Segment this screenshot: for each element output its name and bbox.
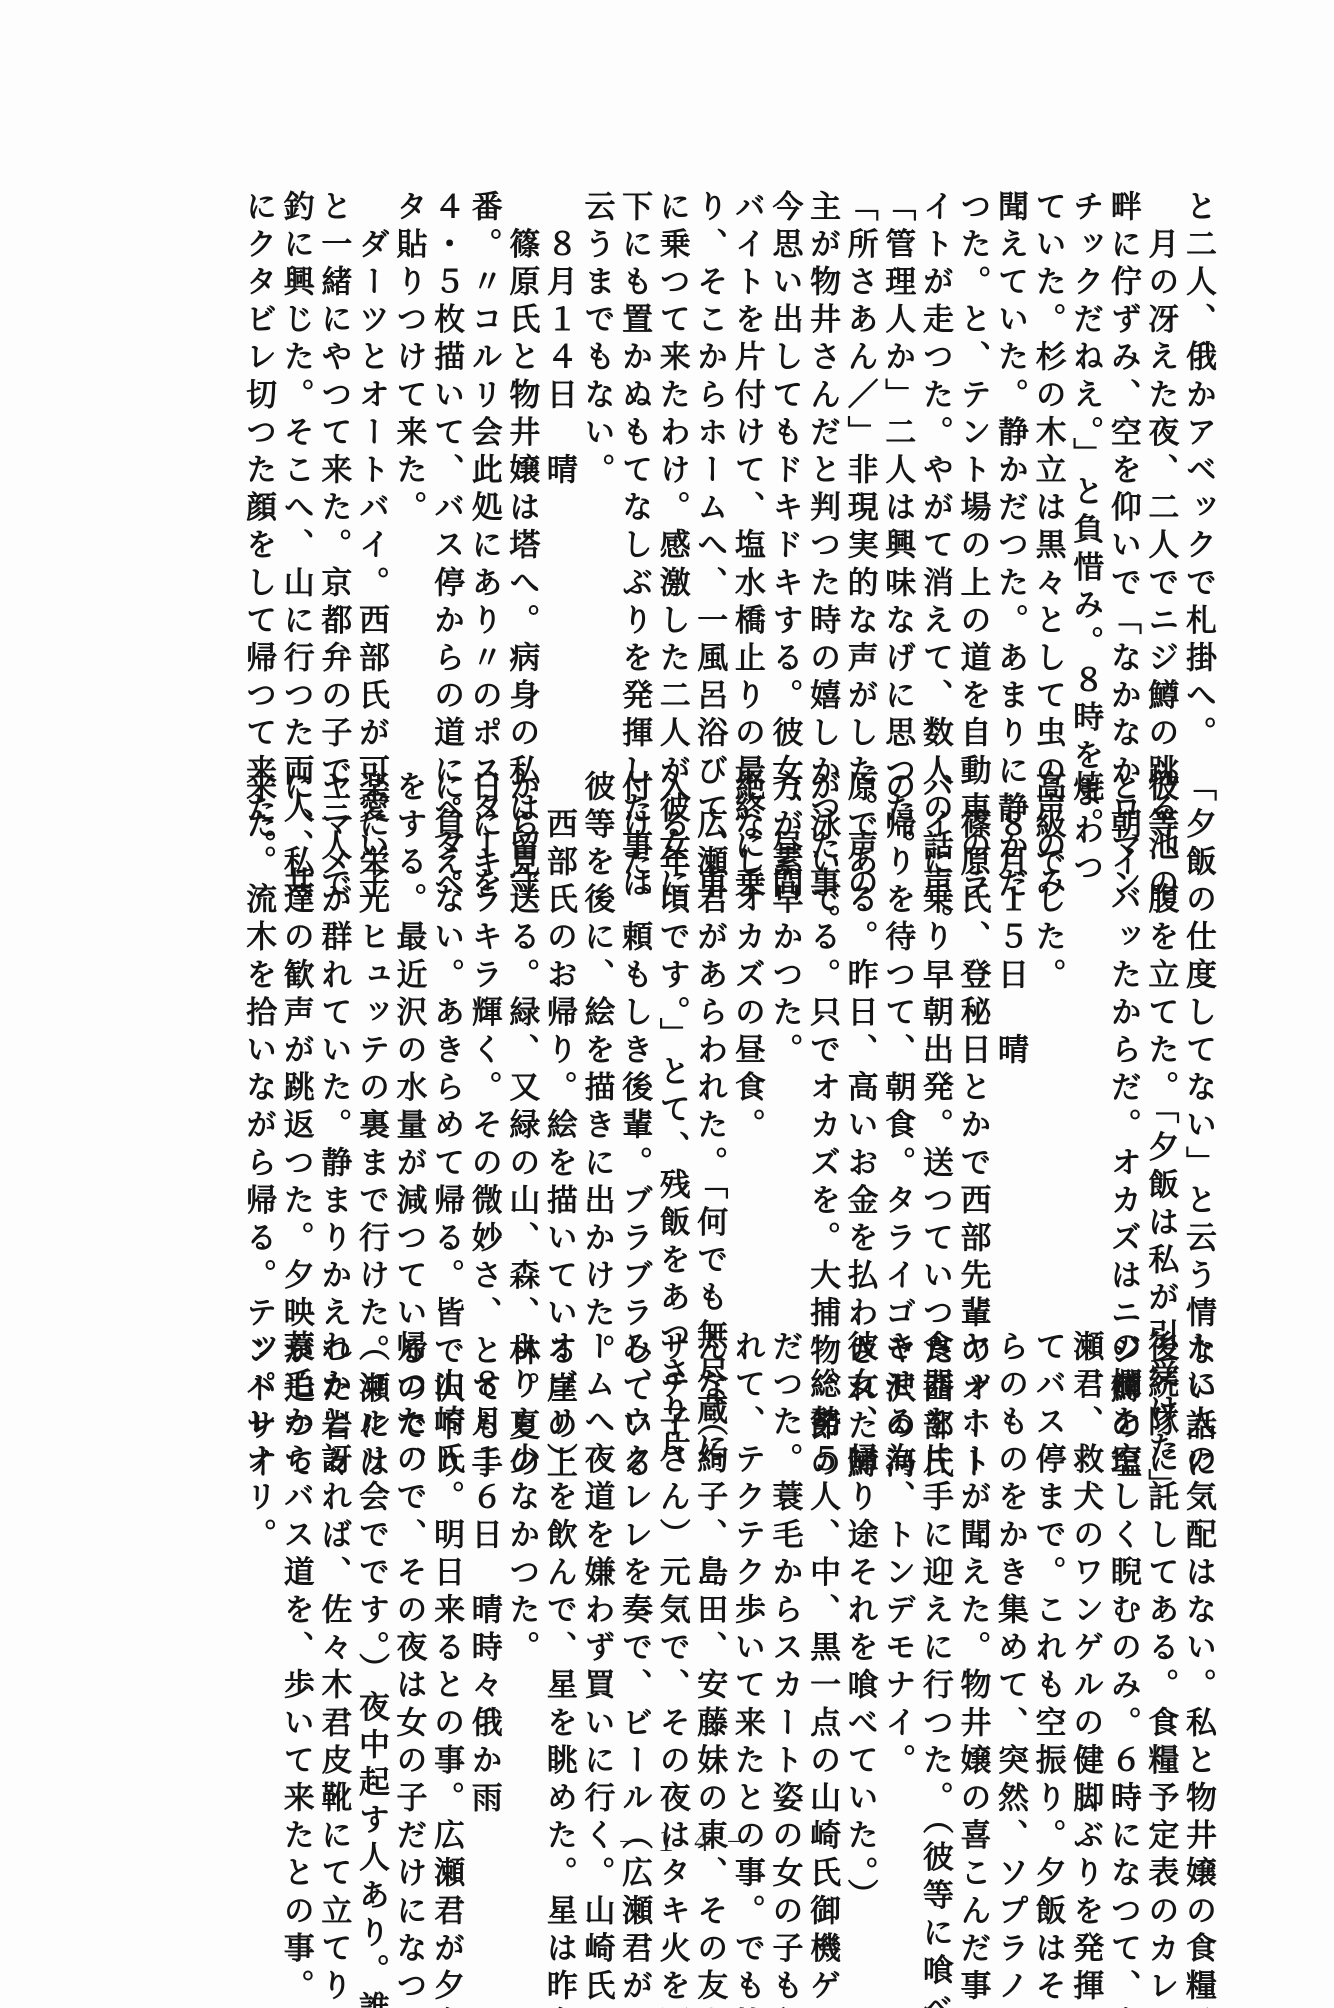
text-column: 番。〃コルリ会此処にあり〃のポスターを [464,190,502,750]
text-column: の帰りを待つて、朝食。タライゴヤ沢の河 [878,770,916,1280]
text-column: バイに乗り早朝出発。送つていつた西部氏 [915,770,953,1280]
text-column: 瀬君、救犬のワンゲルの健脚ぶりを発揮し [1066,1330,1104,1820]
text-column: させる為、トンデモナイ。 [878,1330,916,1820]
text-column: 畔に佇ずみ、空を仰いで「なかなかロマン [1103,190,1141,750]
page-number: －１４－ [617,1822,761,1859]
text-column: 月の冴えた夜、二人でニジ鱒の跳る池の [1141,190,1179,750]
text-column: 広瀬君があらわれた。「何でも無尽蔵に [690,770,728,1280]
text-column: バイトを片付けて、塩水橋止りの最終に乗 [727,190,765,750]
document-page: と二人、俄かアベックで札掛へ。 月の冴えた夜、二人でニジ鱒の跳る池の 畔に佇ずみ… [0,0,1334,2008]
text-column: と一緒にやつて来た。京都弁の子で三人で [314,190,352,750]
text-column: をする。最近沢の水量が減つているので、 [389,770,427,1280]
text-column: タ貼りつけて来た。 [389,190,427,750]
text-column: だつた。蓑毛からスカート姿の女の子も入 [765,1330,803,1820]
text-column: 食器を片手に迎えに行つた。（彼等に喰べ [915,1330,953,1820]
text-column: 「所さあん／」非現実的な声がした。声の [840,190,878,750]
text-column: 方が素早かつた。 [765,770,803,1280]
text-column: 「管理人か」二人は興味なげに思つた。 [878,190,916,750]
date-heading: ８月１４日 晴 [539,190,577,750]
text-column: オゴリ）を飲んで、星を眺めた。星は昨夜 [539,1330,577,1820]
text-column: に乗つて来たわけ。感激した二人が彼女に [652,190,690,750]
text-column: んな（絢子、島田、安藤妹の東、その友人 [690,1330,728,1820]
text-column: 蓑毛からバス道を、歩いて来たとの事。ア [276,1330,314,1820]
text-column: 焼。 [1066,770,1104,1280]
text-column: にクタビレ切つた顔をして帰つて来た。 [239,190,277,750]
text-column: が泳いでる。只でオカズを。大捕物。節の [802,770,840,1280]
text-block-bottom: トに人の気配はない。私と物井嬢の食糧、 後続隊に託してある。食糧予定表のカレー … [86,1330,1216,1820]
text-column: に、私達の歓声が跳返つた。夕映が迫つて [276,770,314,1280]
text-block-top: と二人、俄かアベックで札掛へ。 月の冴えた夜、二人でニジ鱒の跳る池の 畔に佇ずみ… [86,190,1216,750]
date-heading: ８月１５日 晴 [990,770,1028,1280]
text-column: 篠原氏と物井嬢は塔へ。病身の私は留守 [502,190,540,750]
text-column: つた。と、テント場の上の道を自動車のラ [953,190,991,750]
text-column: の欄を空しく睨むのみ。６時になつて、広 [1103,1330,1141,1820]
text-column: よりも少なかつた。 [502,1330,540,1820]
text-column: ヤッホーが聞えた。物井嬢の喜こんだ事。 [953,1330,991,1820]
text-column: 云うまでもない。 [577,190,615,750]
text-column: 絶なしオカズの昼食。 [727,770,765,1280]
text-column: 今思い出してもドキドキする。彼女、昼間 [765,190,803,750]
text-column: 日にキラキラ輝く。その微妙さ、とても手 [464,770,502,1280]
text-column: ダーツとオートバイ。西部氏が可愛い子 [351,190,389,750]
text-column: 高級でした。 [1028,770,1066,1280]
text-column: に負えない。あきらめて帰る。皆で沢下り [427,770,465,1280]
text-column: イトが走つた。やがて消えて、数人の話声。 [915,190,953,750]
text-column: 彼女、帰り途それを喰べていた。） [840,1330,878,1820]
text-column: チックだねえ。」と負惜み。８時をまわつ [1066,190,1104,750]
text-column: と朝イバッたからだ。オカズはニジ鱒の塩 [1103,770,1141,1280]
text-column: と二人、俄かアベックで札掛へ。 [1178,190,1216,750]
text-column: （コルリ会でです。）夜中起す人あり。誰 [351,1330,389,1820]
text-column: 篠原氏、登秘日とかで西部先輩のオート [953,770,991,1280]
text-column: 付けた。頼もしき後輩。ブラブラしている [615,770,653,1280]
text-column: てバス停まで。これも空振り。夕飯はそこ [1028,1330,1066,1820]
text-column: 入る年頃です。」とて、残飯をあつさり片 [652,770,690,1280]
text-block-middle: 「夕飯の仕度してない」と云う情ない話に 彼等、腹を立てた。「夕飯は私が引受けた」… [86,770,1216,1280]
text-column: ッパレナリ。 [239,1330,277,1820]
text-column: 後続隊に託してある。食糧予定表のカレー [1141,1330,1179,1820]
text-column: 原である。昨日、高いお金を払わされた鱒 [840,770,878,1280]
text-column: 楽に栄光ヒュッテの裏まで行けた。瀬には [351,770,389,1280]
text-column: から見送る。緑、又緑の山、森、林。夏の [502,770,540,1280]
text-column: 釣に興じた。そこへ、山に行つた両人、共 [276,190,314,750]
text-column: み、ウクレレを奏で、ビール（広瀬君がホ [615,1330,653,1820]
text-column: れかと訝れば、佐々木君皮靴にて立てり。 [314,1330,352,1820]
text-column: 西部氏のお帰り。絵を描いている崖の上 [539,770,577,1280]
text-column: り、そこからホームへ、一風呂浴びて、車 [690,190,728,750]
text-column: ームへ夜道を嫌わず買いに行く。山崎氏の [577,1330,615,1820]
text-column: 「夕飯の仕度してない」と云う情ない話に [1178,770,1216,1280]
text-column: 来た。流木を拾いながら帰る。テントサイ [239,770,277,1280]
text-column: 山崎氏。明日来るとの事。広瀬君が夕方 [427,1330,465,1820]
text-column: 帰つたので、その夜は女の子だけになつた [389,1330,427,1820]
date-heading: ８月１６日 晴時々俄か雨 [464,1330,502,1820]
text-column: れて、テクテク歩いて来たとの事。でも皆 [727,1330,765,1820]
text-column: 彼等を後に、絵を描きに出かけた。 [577,770,615,1280]
text-column: ヤマメが群れていた。静まりかえつた岩々 [314,770,352,1280]
text-column: トに人の気配はない。私と物井嬢の食糧、 [1178,1330,1216,1820]
text-column: 総勢５人、中、黒一点の山崎氏御機ゲン [802,1330,840,1820]
text-column: 聞えていた。静かだつた。あまりに静かだ [990,190,1028,750]
text-column: 彼等、腹を立てた。「夕飯は私が引受けた」 [1141,770,1179,1280]
text-column: らのものをかき集めて、突然、ソプラノの [990,1330,1028,1820]
text-column: 主が物井さんだと判つた時の嬉しかつた事。 [802,190,840,750]
text-column: ていた。杉の木立は黒々として虫の声のみ [1028,190,1066,750]
text-column: 下にも置かぬもてなしぶりを発揮した事は [615,190,653,750]
text-column: サチ子さん）元気で、その夜はタキ火を囲 [652,1330,690,1820]
text-column: ４・５枚描いて、バス停からの道にペタペ [427,190,465,750]
